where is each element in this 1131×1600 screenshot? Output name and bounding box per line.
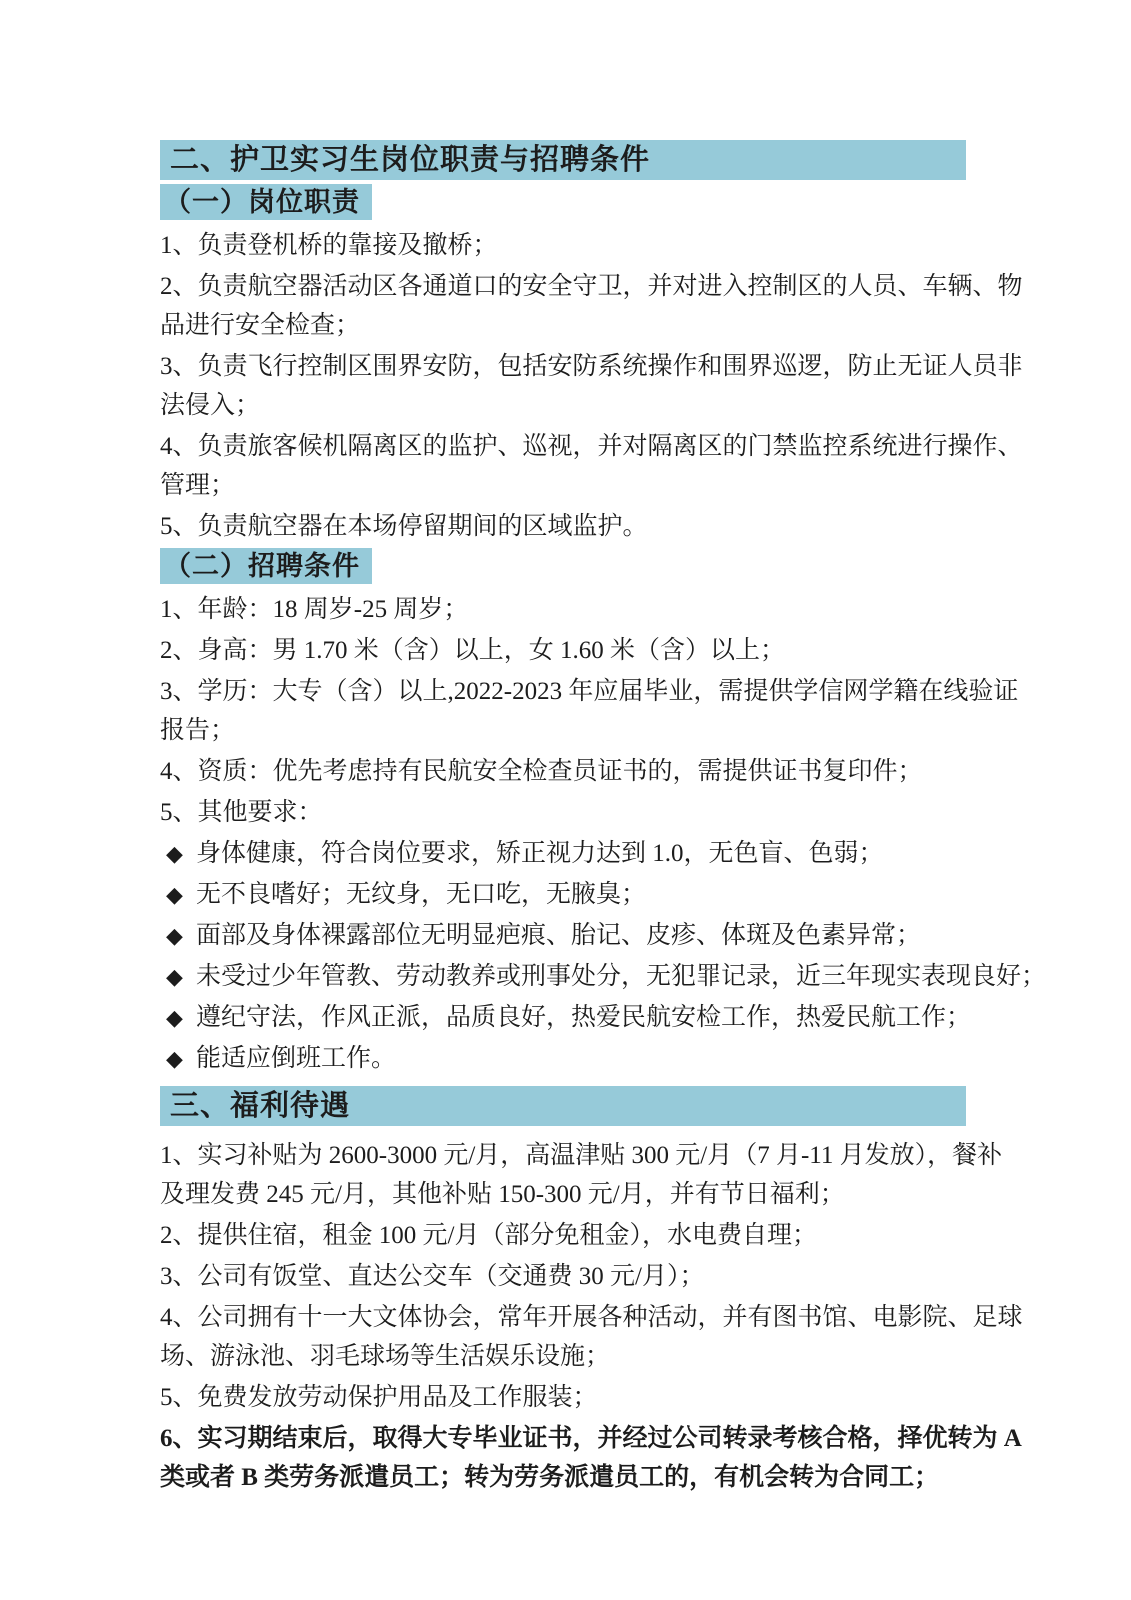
subsection-heading-row: （一）岗位职责: [160, 184, 966, 220]
paragraph-line: 场、游泳池、羽毛球场等生活娱乐设施；: [160, 1337, 966, 1376]
paragraph: 1、实习补贴为 2600-3000 元/月，高温津贴 300 元/月（7 月-1…: [160, 1136, 966, 1214]
bullet-text: 无不良嗜好；无纹身，无口吃，无腋臭；: [196, 875, 646, 914]
paragraph: 4、资质：优先考虑持有民航安全检查员证书的，需提供证书复印件；: [160, 752, 966, 791]
paragraph: 3、负责飞行控制区围界安防，包括安防系统操作和围界巡逻，防止无证人员非法侵入；: [160, 347, 966, 425]
paragraph: 1、年龄：18 周岁-25 周岁；: [160, 590, 966, 629]
paragraph-line: 管理；: [160, 466, 966, 505]
bullet-item: ◆能适应倒班工作。: [160, 1039, 966, 1078]
bullet-text: 未受过少年管教、劳动教养或刑事处分，无犯罪记录，近三年现实表现良好；: [196, 957, 1046, 996]
paragraph-line: 1、实习补贴为 2600-3000 元/月，高温津贴 300 元/月（7 月-1…: [160, 1136, 966, 1175]
paragraph: 2、身高：男 1.70 米（含）以上，女 1.60 米（含）以上；: [160, 631, 966, 670]
paragraph-line: 6、实习期结束后，取得大专毕业证书，并经过公司转录考核合格，择优转为 A: [160, 1419, 966, 1458]
paragraph: 5、负责航空器在本场停留期间的区域监护。: [160, 507, 966, 546]
diamond-bullet-icon: ◆: [166, 834, 196, 873]
paragraph-line: 1、年龄：18 周岁-25 周岁；: [160, 590, 966, 629]
paragraph-line: 品进行安全检查；: [160, 306, 966, 345]
paragraph: 2、提供住宿，租金 100 元/月（部分免租金），水电费自理；: [160, 1216, 966, 1255]
paragraph-line: 及理发费 245 元/月，其他补贴 150-300 元/月，并有节日福利；: [160, 1175, 966, 1214]
paragraph-line: 类或者 B 类劳务派遣员工；转为劳务派遣员工的，有机会转为合同工；: [160, 1458, 966, 1497]
paragraph-line: 3、负责飞行控制区围界安防，包括安防系统操作和围界巡逻，防止无证人员非: [160, 347, 966, 386]
paragraph-line: 3、学历：大专（含）以上,2022-2023 年应届毕业，需提供学信网学籍在线验…: [160, 672, 966, 711]
subsection-heading: （二）招聘条件: [160, 548, 372, 584]
diamond-bullet-icon: ◆: [166, 1039, 196, 1078]
paragraph: 4、负责旅客候机隔离区的监护、巡视，并对隔离区的门禁监控系统进行操作、管理；: [160, 427, 966, 505]
paragraph-line: 1、负责登机桥的靠接及撤桥；: [160, 226, 966, 265]
diamond-bullet-icon: ◆: [166, 998, 196, 1037]
paragraph: 6、实习期结束后，取得大专毕业证书，并经过公司转录考核合格，择优转为 A类或者 …: [160, 1419, 966, 1497]
bullet-text: 面部及身体裸露部位无明显疤痕、胎记、皮疹、体斑及色素异常；: [196, 916, 921, 955]
paragraph: 4、公司拥有十一大文体协会，常年开展各种活动，并有图书馆、电影院、足球场、游泳池…: [160, 1298, 966, 1376]
paragraph-line: 4、公司拥有十一大文体协会，常年开展各种活动，并有图书馆、电影院、足球: [160, 1298, 966, 1337]
paragraph: 1、负责登机桥的靠接及撤桥；: [160, 226, 966, 265]
document-content: 二、护卫实习生岗位职责与招聘条件（一）岗位职责1、负责登机桥的靠接及撤桥；2、负…: [160, 140, 966, 1499]
paragraph-line: 5、负责航空器在本场停留期间的区域监护。: [160, 507, 966, 546]
bullet-item: ◆遵纪守法，作风正派，品质良好，热爱民航安检工作，热爱民航工作；: [160, 998, 966, 1037]
bullet-text: 遵纪守法，作风正派，品质良好，热爱民航安检工作，热爱民航工作；: [196, 998, 971, 1037]
subsection-heading: （一）岗位职责: [160, 184, 372, 220]
diamond-bullet-icon: ◆: [166, 957, 196, 996]
paragraph-line: 2、负责航空器活动区各通道口的安全守卫，并对进入控制区的人员、车辆、物: [160, 267, 966, 306]
bullet-item: ◆身体健康，符合岗位要求，矫正视力达到 1.0，无色盲、色弱；: [160, 834, 966, 873]
paragraph: 2、负责航空器活动区各通道口的安全守卫，并对进入控制区的人员、车辆、物品进行安全…: [160, 267, 966, 345]
bullet-text: 能适应倒班工作。: [196, 1039, 396, 1078]
diamond-bullet-icon: ◆: [166, 875, 196, 914]
section-heading-bar: 三、福利待遇: [160, 1086, 966, 1126]
paragraph-line: 4、资质：优先考虑持有民航安全检查员证书的，需提供证书复印件；: [160, 752, 966, 791]
bullet-text: 身体健康，符合岗位要求，矫正视力达到 1.0，无色盲、色弱；: [196, 834, 884, 873]
diamond-bullet-icon: ◆: [166, 916, 196, 955]
bullet-item: ◆未受过少年管教、劳动教养或刑事处分，无犯罪记录，近三年现实表现良好；: [160, 957, 966, 996]
subsection-heading-row: （二）招聘条件: [160, 548, 966, 584]
paragraph: 5、其他要求：: [160, 793, 966, 832]
section-heading-bar: 二、护卫实习生岗位职责与招聘条件: [160, 140, 966, 180]
paragraph-line: 2、提供住宿，租金 100 元/月（部分免租金），水电费自理；: [160, 1216, 966, 1255]
paragraph-line: 5、免费发放劳动保护用品及工作服装；: [160, 1378, 966, 1417]
paragraph: 5、免费发放劳动保护用品及工作服装；: [160, 1378, 966, 1417]
paragraph: 3、公司有饭堂、直达公交车（交通费 30 元/月）；: [160, 1257, 966, 1296]
bullet-item: ◆面部及身体裸露部位无明显疤痕、胎记、皮疹、体斑及色素异常；: [160, 916, 966, 955]
paragraph-line: 3、公司有饭堂、直达公交车（交通费 30 元/月）；: [160, 1257, 966, 1296]
bullet-item: ◆无不良嗜好；无纹身，无口吃，无腋臭；: [160, 875, 966, 914]
paragraph-line: 法侵入；: [160, 386, 966, 425]
paragraph-line: 报告；: [160, 711, 966, 750]
paragraph: 3、学历：大专（含）以上,2022-2023 年应届毕业，需提供学信网学籍在线验…: [160, 672, 966, 750]
paragraph-line: 5、其他要求：: [160, 793, 966, 832]
paragraph-line: 4、负责旅客候机隔离区的监护、巡视，并对隔离区的门禁监控系统进行操作、: [160, 427, 966, 466]
paragraph-line: 2、身高：男 1.70 米（含）以上，女 1.60 米（含）以上；: [160, 631, 966, 670]
